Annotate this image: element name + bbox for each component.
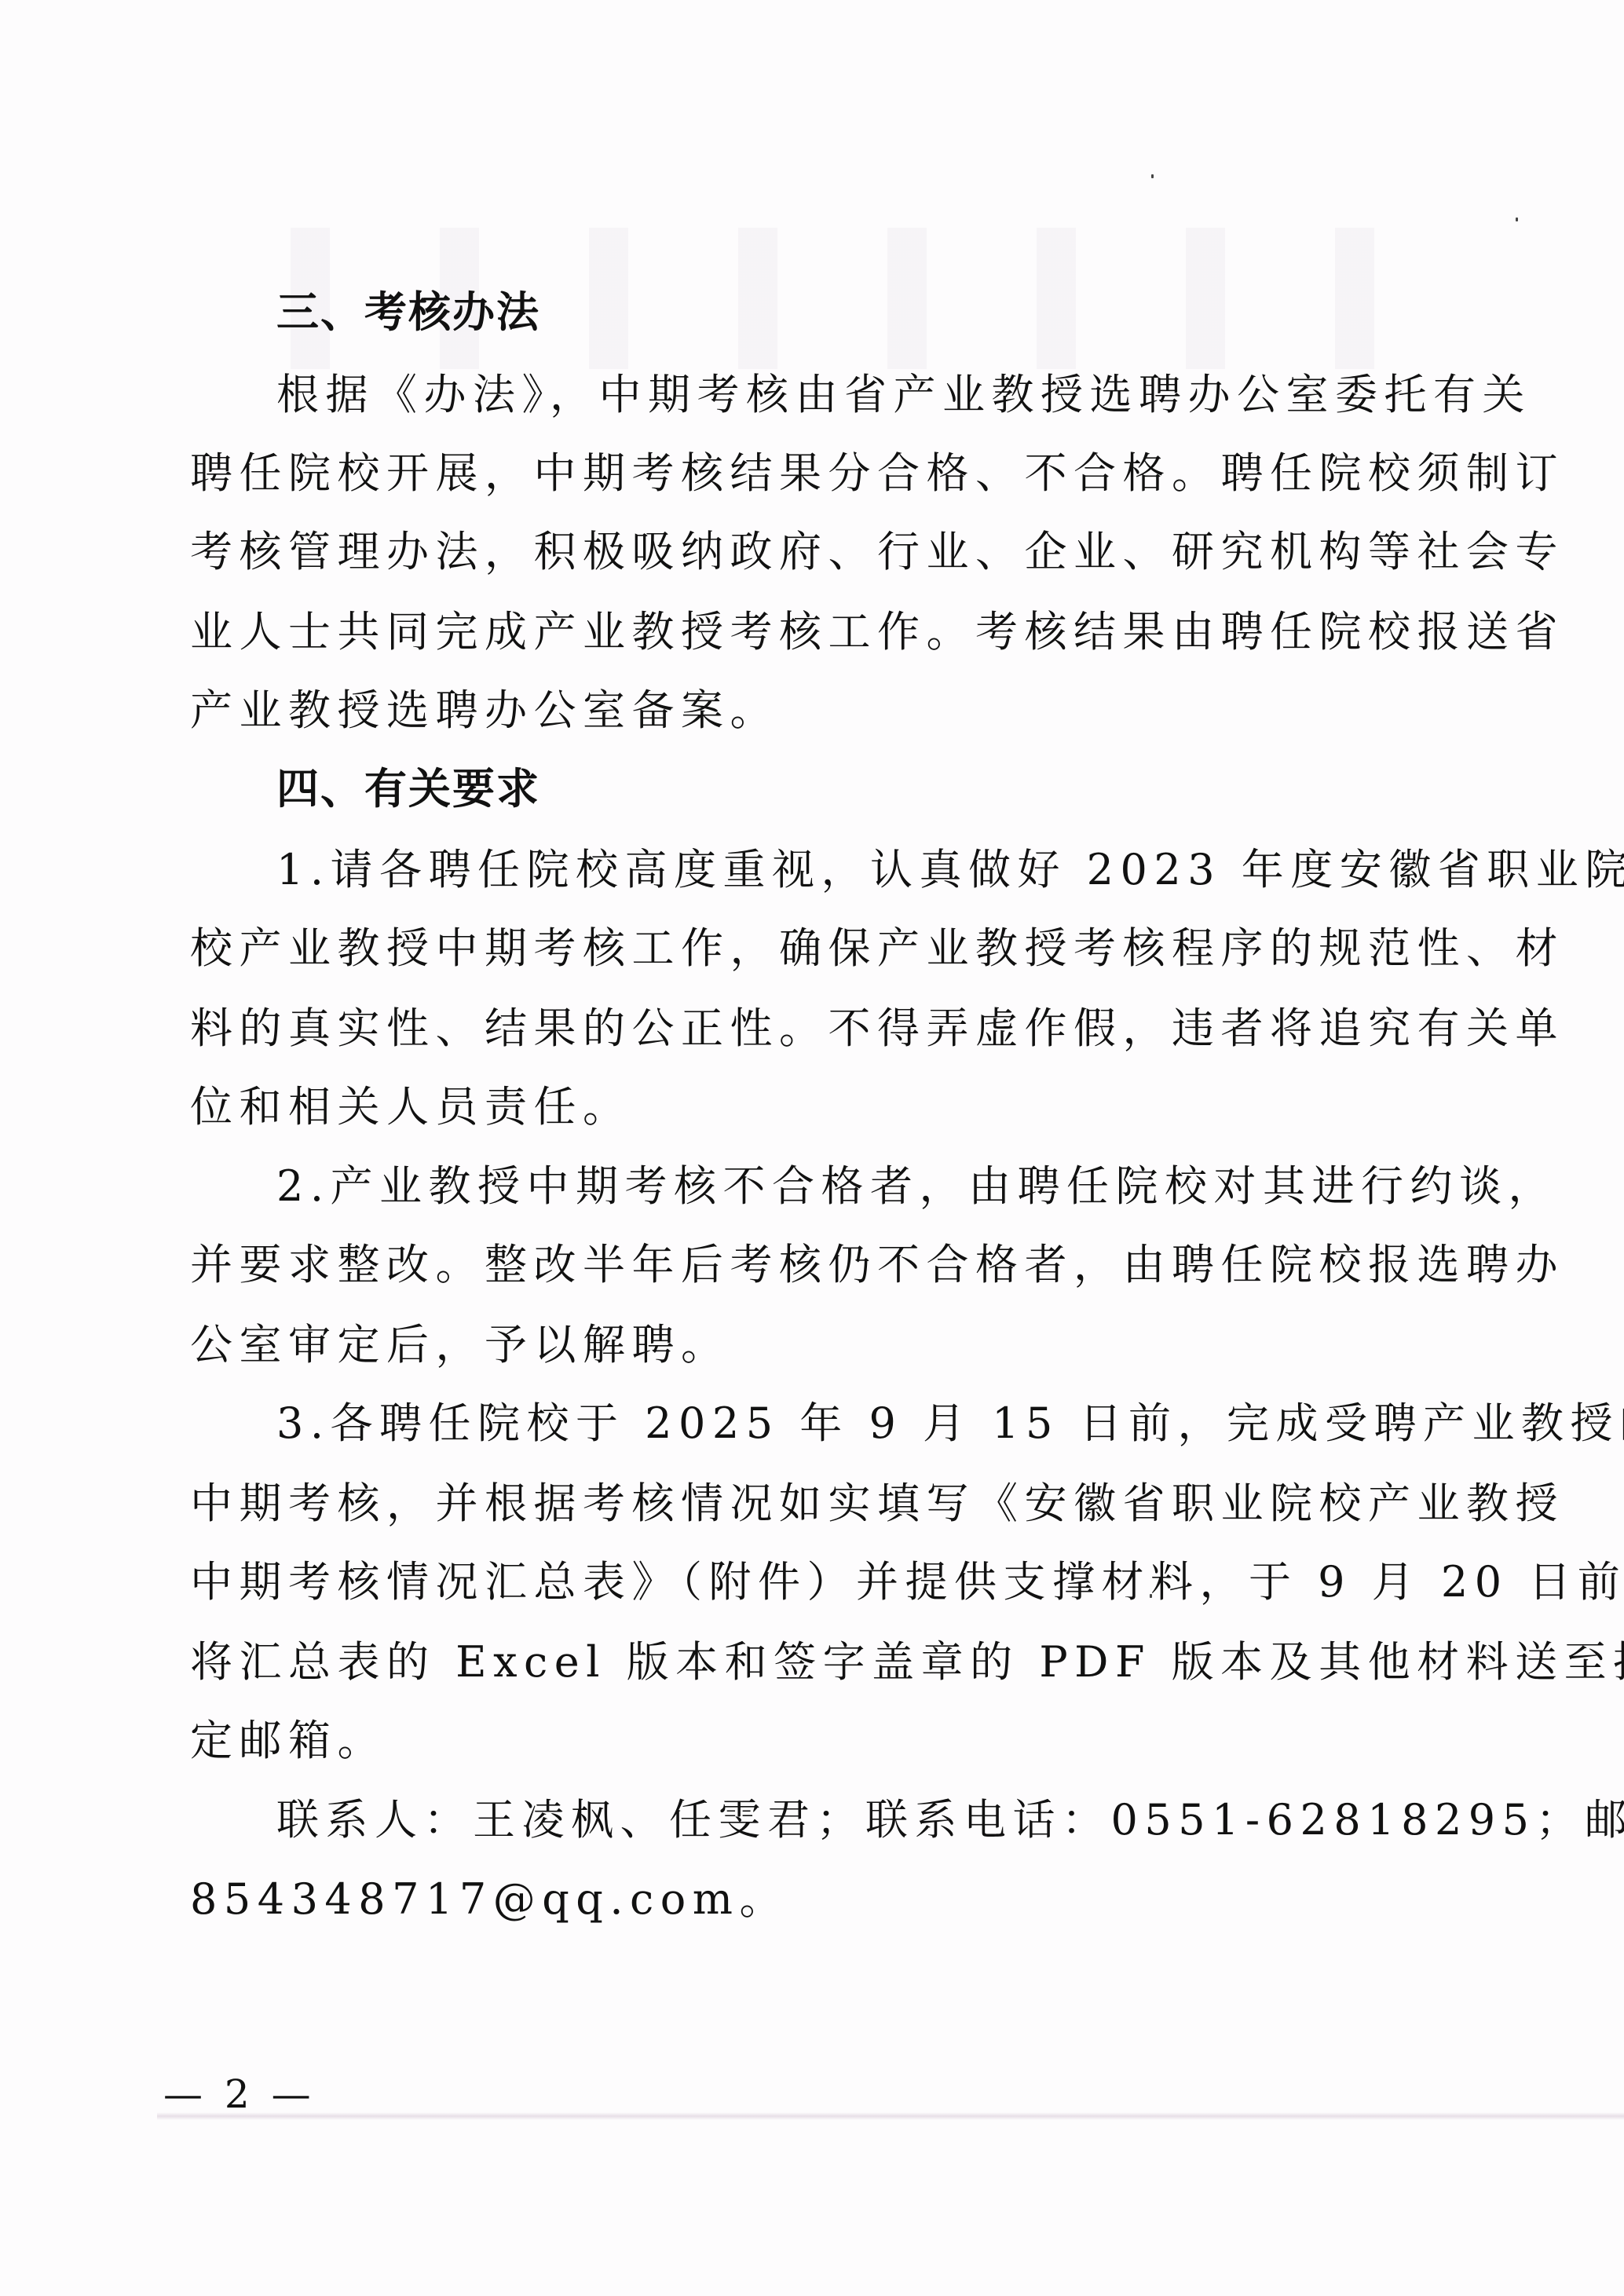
contact-email-line: 854348717@qq.com。 [190, 1872, 1439, 1927]
paragraph-line: 中期考核，并根据考核情况如实填写《安徽省职业院校产业教授 [190, 1476, 1439, 1531]
paragraph-line: 中期考核情况汇总表》（附件）并提供支撑材料，于 9 月 20 日前 [190, 1555, 1439, 1610]
section-heading-requirements: 四、有关要求 [276, 762, 540, 817]
paragraph-line: 将汇总表的 Excel 版本和签字盖章的 PDF 版本及其他材料送至指 [190, 1635, 1439, 1690]
scan-speck [1150, 1594, 1152, 1598]
paragraph-line: 位和相关人员责任。 [190, 1080, 1439, 1135]
scan-speck [1151, 174, 1154, 178]
paragraph-line: 并要求整改。整改半年后考核仍不合格者，由聘任院校报选聘办 [190, 1238, 1439, 1292]
document-page: 三、考核办法 根据《办法》，中期考核由省产业教授选聘办公室委托有关 聘任院校开展… [0, 0, 1624, 2296]
paragraph-line: 料的真实性、结果的公正性。不得弄虚作假，违者将追究有关单 [190, 1001, 1439, 1056]
scan-artifact-line [157, 2112, 1624, 2120]
paragraph-line: 2.产业教授中期考核不合格者，由聘任院校对其进行约谈， [276, 1159, 1439, 1214]
paragraph-line: 定邮箱。 [190, 1713, 1439, 1768]
paragraph-line: 1.请各聘任院校高度重视，认真做好 2023 年度安徽省职业院 [276, 843, 1439, 898]
paragraph-line: 产业教授选聘办公室备案。 [190, 683, 1439, 738]
paragraph-line: 业人士共同完成产业教授考核工作。考核结果由聘任院校报送省 [190, 605, 1439, 660]
paragraph-line: 考核管理办法，积极吸纳政府、行业、企业、研究机构等社会专 [190, 525, 1439, 579]
scan-speck [1516, 218, 1518, 221]
paragraph-line: 3.各聘任院校于 2025 年 9 月 15 日前，完成受聘产业教授的 [276, 1396, 1439, 1451]
paragraph-line: 校产业教授中期考核工作，确保产业教授考核程序的规范性、材 [190, 921, 1439, 976]
paragraph-line: 根据《办法》，中期考核由省产业教授选聘办公室委托有关 [276, 367, 1439, 422]
paragraph-line: 公室审定后，予以解聘。 [190, 1318, 1439, 1373]
contact-line: 联系人：王凌枫、任雯君；联系电话：0551-62818295；邮箱： [276, 1793, 1439, 1848]
section-heading-assessment-method: 三、考核办法 [276, 285, 540, 340]
paragraph-line: 聘任院校开展，中期考核结果分合格、不合格。聘任院校须制订 [190, 446, 1439, 501]
